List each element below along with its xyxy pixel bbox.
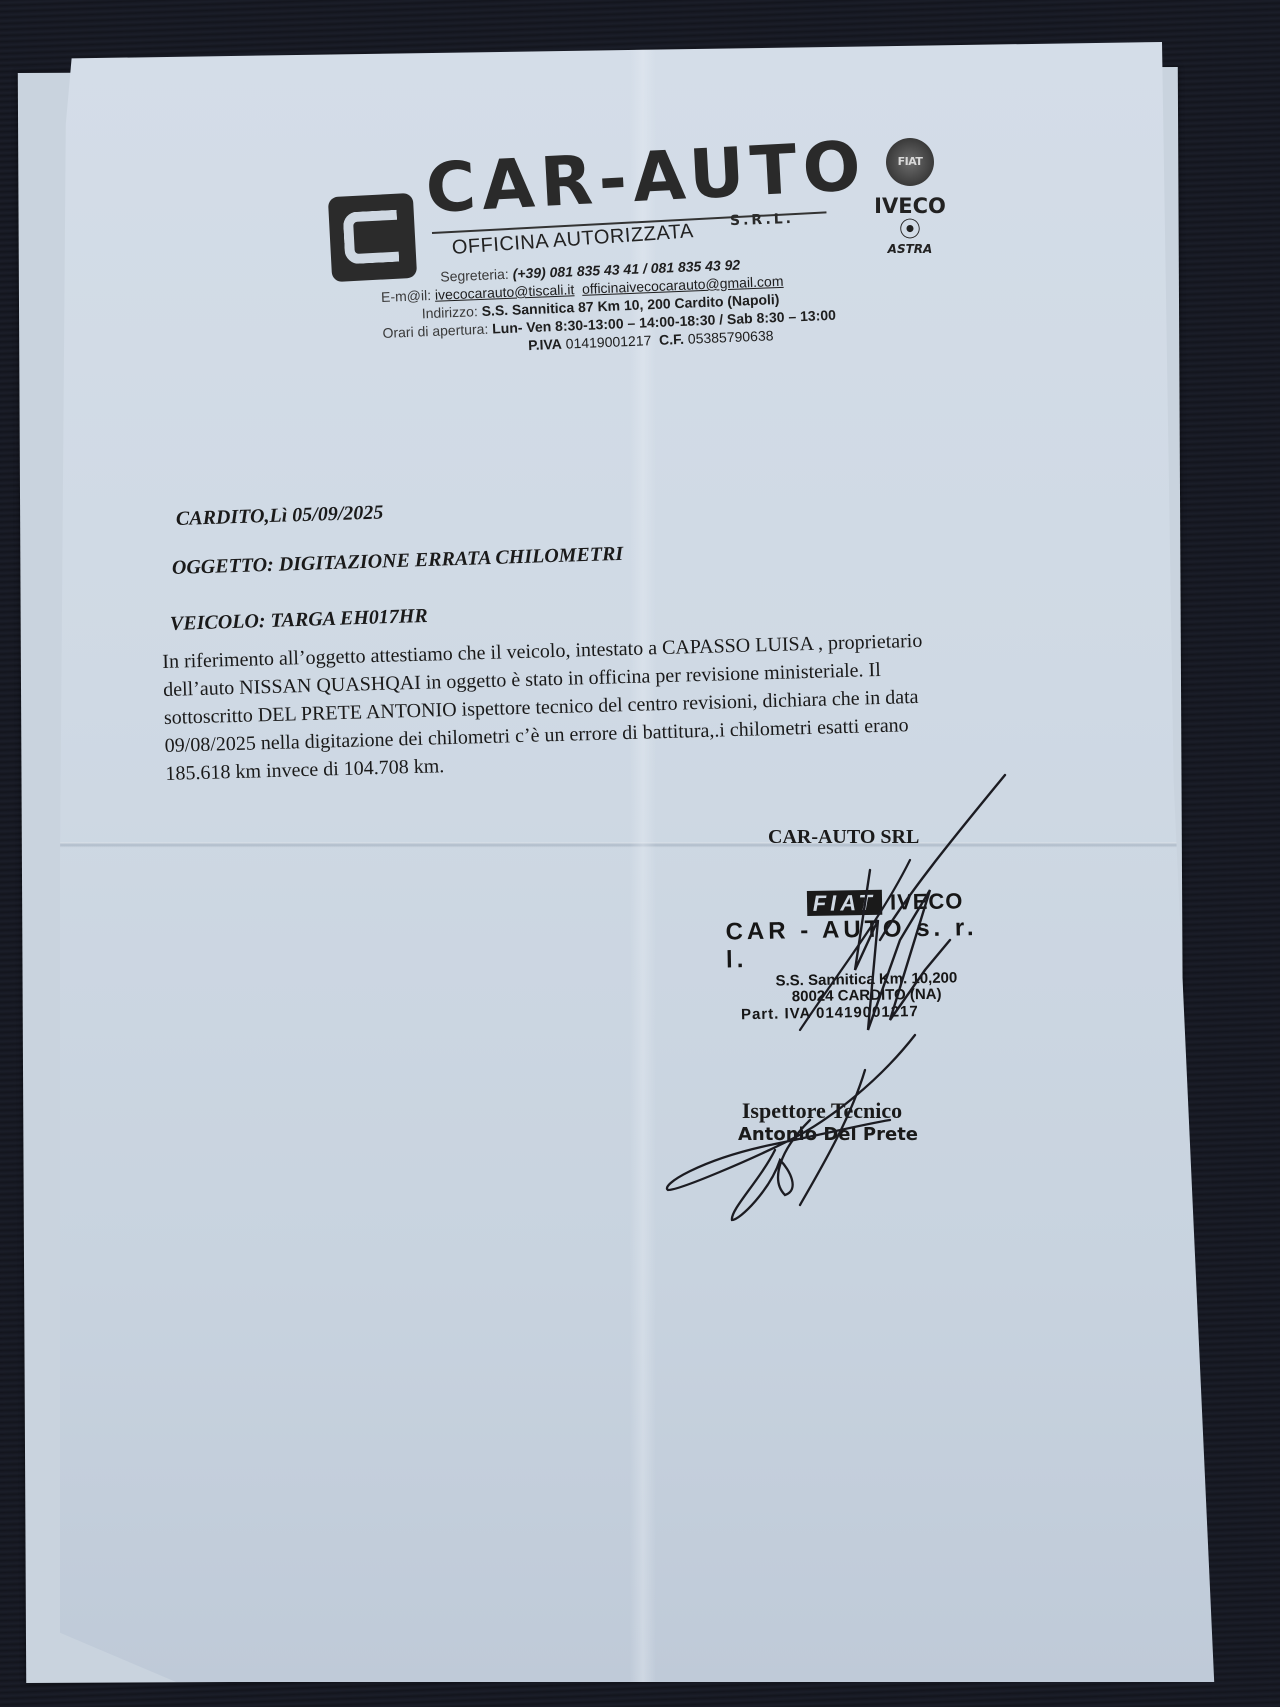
- cf-label: C.F.: [659, 331, 685, 348]
- address-label: Indirizzo:: [421, 303, 478, 321]
- c-letter-icon: [343, 210, 400, 265]
- vehicle-plate: VEICOLO: TARGA EH017HR: [170, 605, 428, 636]
- stamp-piva: Part. IVA 01419001217: [727, 1002, 1007, 1024]
- phone-label: Segreteria:: [440, 266, 509, 285]
- stamp-company-name: CAR - AUTO s. r. l.: [725, 914, 1006, 975]
- email-label: E-m@il:: [381, 287, 432, 305]
- stamp-iveco-logo: IVECO: [890, 888, 964, 914]
- inspector-block: Ispettore Tecnico Antonio Del Prete: [726, 1098, 918, 1145]
- inspector-name: Antonio Del Prete: [726, 1124, 918, 1145]
- contact-block: Segreteria: (+39) 081 835 43 41 / 081 83…: [380, 249, 903, 360]
- piva-label: P.IVA: [528, 336, 562, 353]
- letter-subject: OGGETTO: DIGITAZIONE ERRATA CHILOMETRI: [172, 543, 624, 580]
- partner-logos: FIAT IVECO ⦿ ASTRA: [860, 138, 960, 256]
- hours-label: Orari di apertura:: [382, 321, 488, 341]
- cf-value: 05385790638: [688, 327, 774, 346]
- stamp-fiat-logo: FIAT: [807, 890, 883, 916]
- place-date: CARDITO,Lì 05/09/2025: [176, 501, 384, 531]
- fiat-logo-icon: FIAT: [886, 138, 934, 186]
- letter-body: In riferimento all’oggetto attestiamo ch…: [162, 622, 1096, 788]
- astra-emblem-icon: ⦿: [860, 220, 960, 242]
- inspector-role: Ispettore Tecnico: [726, 1098, 918, 1124]
- letter-content: CAR-AUTO S.R.L. OFFICINA AUTORIZZATA FIA…: [0, 0, 1280, 1707]
- company-suffix: S.R.L.: [730, 211, 795, 229]
- piva-value: 01419001217: [565, 332, 651, 351]
- company-stamp: FIATIVECO CAR - AUTO s. r. l. S.S. Sanni…: [725, 888, 1007, 1024]
- signatory-company: CAR-AUTO SRL: [768, 826, 919, 849]
- iveco-logo: IVECO: [860, 194, 960, 218]
